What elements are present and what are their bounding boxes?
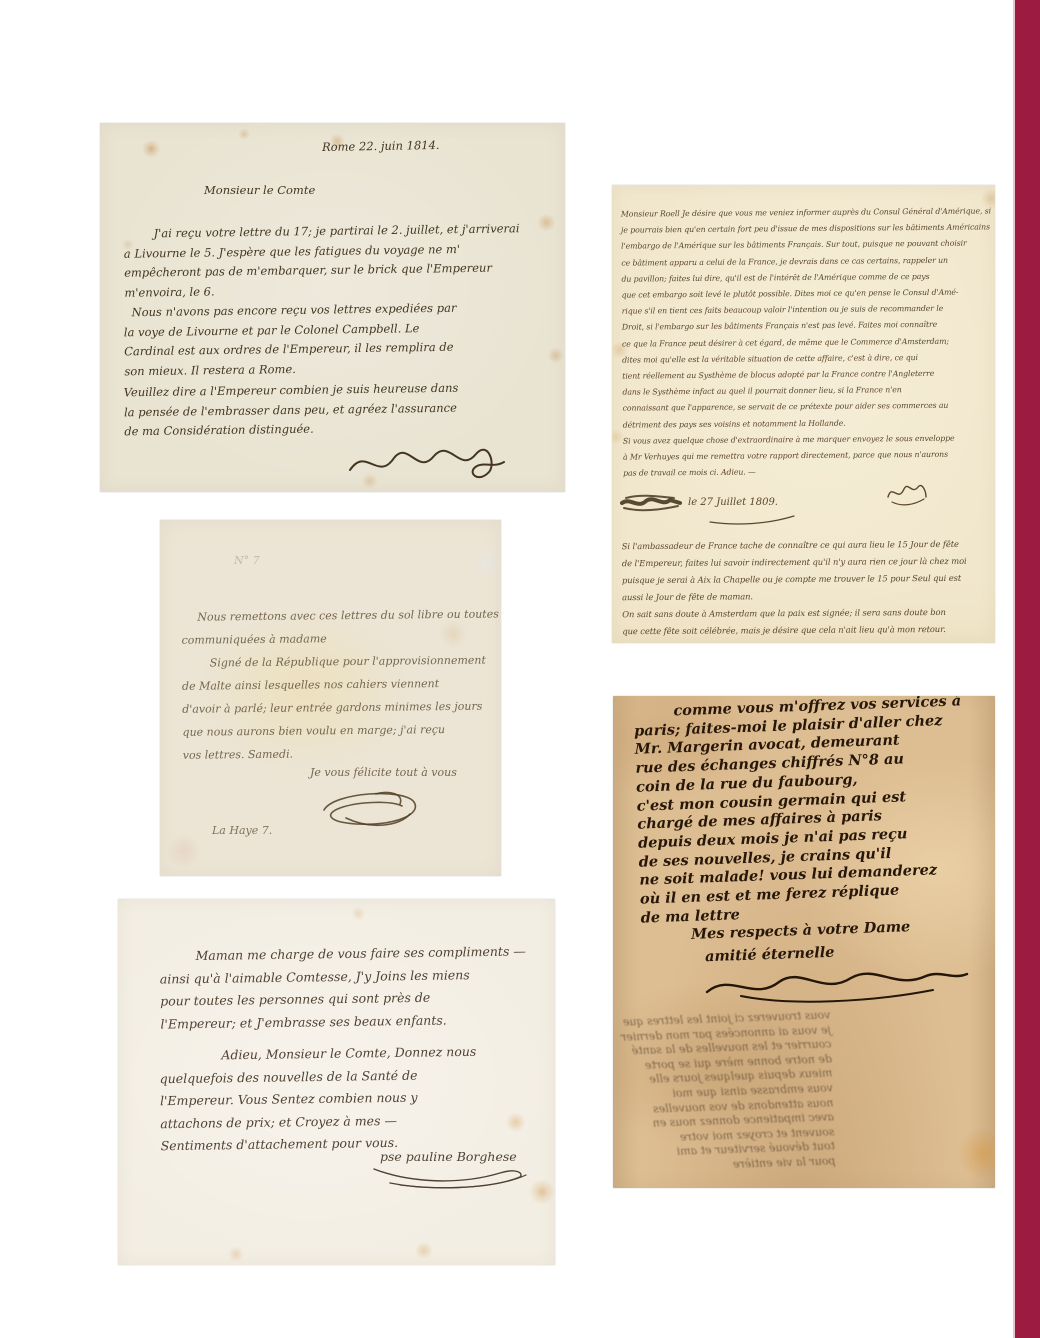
accent-bar [1013, 0, 1040, 1338]
letter-body: Monsieur Roell Je désire que vous me ven… [621, 203, 994, 482]
handwriting-line: Maman me charge de vous faire ses compli… [195, 940, 526, 967]
handwriting-line: ce bâtiment apparu a celui de la France,… [621, 252, 991, 271]
handwriting-line: puisque je serai à Aix la Chapelle ou je… [622, 570, 967, 589]
letter-body: comme vous m'offrez vos services àparis;… [633, 696, 968, 928]
handwriting-line: de Malte ainsi lesquelles nos cahiers vi… [182, 671, 501, 698]
date-line: le 27 Juillet 1809. [688, 497, 778, 508]
handwriting-line: Signé de la République pour l'approvisio… [210, 648, 501, 674]
ink-bleed-through: vous trouverez ci joint les lettres quej… [620, 1008, 835, 1176]
handwriting-line: pas de travail ce mois ci. Adieu. — [623, 463, 993, 482]
paragraph: Nous n'avons pas encore reçu vos lettres… [123, 299, 457, 382]
handwriting-line: vos lettres. Samedi. [183, 740, 501, 767]
header-mark: N° 7 [234, 554, 260, 567]
handwriting-line: Nous remettons avec ces lettres du sol l… [197, 602, 501, 628]
handwriting-line: connaissant que l'apparence, se servait … [623, 398, 993, 417]
signature-flourish [701, 966, 977, 1006]
handwriting-line: communiquées à madame [181, 625, 501, 652]
paragraph: Maman me charge de vous faire ses compli… [159, 940, 527, 1035]
handwriting-line: l'Empereur; et J'embrasse ses beaux enfa… [160, 1008, 527, 1036]
letter-scan-5: comme vous m'offrez vos services àparis;… [613, 696, 995, 1188]
salutation: Monsieur le Comte [204, 183, 315, 197]
signature-flourish [370, 1163, 530, 1193]
paragraph: Adieu, Monsieur le Comte, Donnez nousque… [159, 1041, 477, 1158]
handwriting-line: que nous aurons bien voulu en marge; j'a… [182, 717, 501, 744]
handwriting-line: ce que la France peut désirer à cet égar… [622, 333, 992, 352]
postscript: Si l'ambassadeur de France tache de conn… [622, 536, 968, 640]
signature-flourish [884, 477, 932, 511]
handwriting-line: Adieu, Monsieur le Comte, Donnez nous [221, 1041, 476, 1067]
signature-text: pse pauline Borghese [380, 1149, 517, 1164]
closing-line: Je vous félicite tout à vous [310, 766, 457, 779]
letter-body: Nous remettons avec ces lettres du sol l… [181, 602, 501, 767]
paragraph: J'ai reçu votre lettre du 17; je partira… [123, 219, 520, 303]
scratched-out-word [620, 493, 684, 513]
signature-flourish [346, 438, 514, 488]
closing-line: amitié éternelle [705, 944, 835, 966]
catalog-page: Rome 22. juin 1814. Monsieur le Comte J'… [0, 0, 1040, 1338]
handwriting-line: d'avoir à parlé; leur entrée gardons min… [182, 694, 501, 721]
letter-scan-4: Monsieur Roell Je désire que vous me ven… [612, 185, 995, 643]
letter-scan-1: Rome 22. juin 1814. Monsieur le Comte J'… [100, 123, 565, 492]
handwriting-line: son mieux. Il restera a Rome. [124, 357, 457, 381]
letter-scan-2: N° 7 Nous remettons avec ces lettres du … [160, 520, 501, 876]
date-underline-flourish [708, 513, 798, 525]
signature-flourish [316, 784, 426, 834]
date-line: Rome 22. juin 1814. [322, 138, 440, 154]
footer-note: La Haye 7. [212, 824, 272, 837]
handwriting-line: que cette fête soit célébrée, mais je dé… [622, 621, 967, 640]
letter-scan-3: Maman me charge de vous faire ses compli… [118, 899, 555, 1265]
paragraph: Veuillez dire a l'Empereur combien je su… [124, 379, 459, 442]
